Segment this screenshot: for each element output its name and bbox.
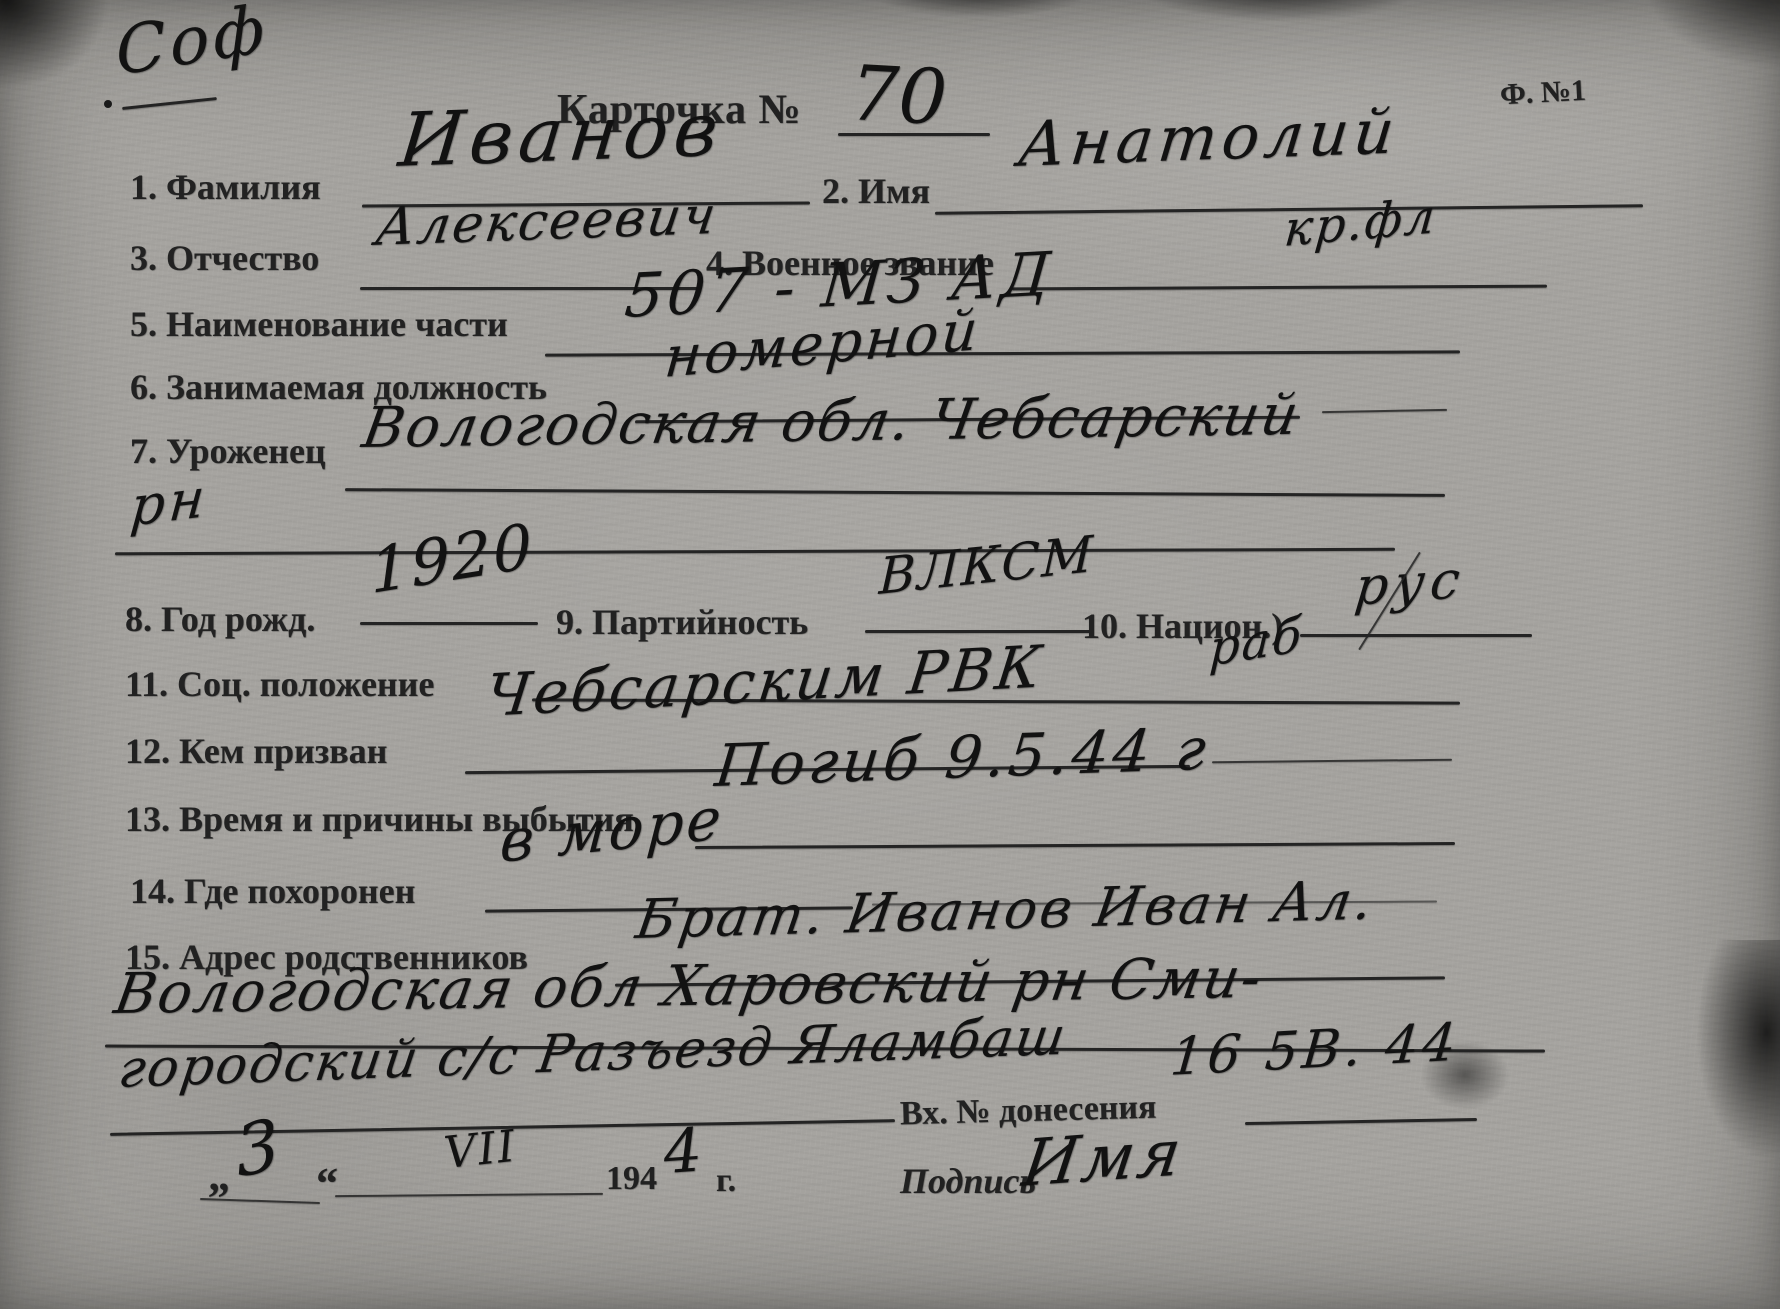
field-value-birthplace-cont: рн xyxy=(128,465,211,539)
field-label-patronymic: 3. Отчество xyxy=(130,237,319,279)
corner-mark-underline xyxy=(122,97,217,110)
card-number: 70 xyxy=(848,48,949,142)
field-value-patronymic: Алексеевич xyxy=(372,186,721,258)
scan-artifact-top-right-corner xyxy=(1640,0,1780,70)
rule-drafted-by-2 xyxy=(1212,759,1452,764)
rule-departure xyxy=(695,842,1455,849)
rule-date-day xyxy=(200,1198,320,1204)
rule-nationality xyxy=(1300,634,1532,637)
rule-date-month xyxy=(335,1193,603,1197)
field-value-nationality: рус xyxy=(1352,550,1469,618)
rule-birth-year xyxy=(360,622,538,625)
scan-artifact-top-left-corner xyxy=(0,0,110,90)
rule-birthplace xyxy=(345,488,1445,497)
field-label-surname: 1. Фамилия xyxy=(130,166,321,208)
field-value-relatives: Брат. Иванов Иван Ал. xyxy=(632,868,1379,951)
scan-artifact-ink-blot-right xyxy=(1690,940,1780,1170)
rule-position-2 xyxy=(1322,409,1447,413)
scan-artifact-top-edge-1 xyxy=(860,0,1100,18)
signature-label: Подпись xyxy=(900,1160,1036,1202)
date-year-digit: 4 xyxy=(661,1116,704,1188)
field-value-birthplace: Вологодская обл. Чебсарский xyxy=(358,383,1305,461)
field-label-name: 2. Имя xyxy=(822,170,930,212)
field-label-birth-year: 8. Год рожд. xyxy=(125,598,315,640)
field-label-unit: 5. Наименование части xyxy=(130,303,508,345)
corner-mark: Соф xyxy=(114,0,270,91)
field-value-departure: Погиб 9.5.44 г xyxy=(712,714,1213,800)
field-label-burial-place: 14. Где похоронен xyxy=(130,870,415,912)
field-label-drafted-by: 12. Кем призван xyxy=(125,730,387,772)
field-value-relatives-number: 16 5В. 44 xyxy=(1168,1013,1462,1088)
rule-report-number xyxy=(1245,1118,1477,1125)
scan-artifact-top-edge-2 xyxy=(1130,0,1430,22)
field-label-birthplace: 7. Уроженец xyxy=(130,430,326,472)
date-month: VII xyxy=(442,1121,519,1179)
rule-rank xyxy=(1012,285,1547,291)
date-year-printed: 194 xyxy=(606,1160,657,1198)
card-number-underline xyxy=(838,133,990,136)
field-label-party: 9. Партийность xyxy=(556,601,808,643)
rule-birthplace-cont xyxy=(115,548,1395,555)
date-day: 3 xyxy=(231,1103,283,1194)
signature-value: Имя xyxy=(1018,1116,1188,1202)
scanned-card: { "colors": { "paper": "#a6a4a0", "ink":… xyxy=(0,0,1780,1309)
field-value-party: ВЛКСМ xyxy=(878,525,1095,606)
rule-party xyxy=(865,630,1093,633)
field-value-drafted-by: Чебсарским РВК xyxy=(482,632,1048,730)
field-value-birth-year: 1920 xyxy=(368,509,536,608)
corner-mark-dot xyxy=(104,100,112,108)
date-year-suffix: г. xyxy=(716,1162,736,1200)
field-value-surname: Иванов xyxy=(395,86,728,184)
field-label-social-status: 11. Соц. положение xyxy=(125,663,434,705)
field-value-rank: кр.фл xyxy=(1282,188,1439,258)
form-code: Ф. №1 xyxy=(1499,74,1587,112)
field-value-name: Анатолий xyxy=(1015,94,1403,181)
date-quote-open: „ xyxy=(208,1150,230,1201)
